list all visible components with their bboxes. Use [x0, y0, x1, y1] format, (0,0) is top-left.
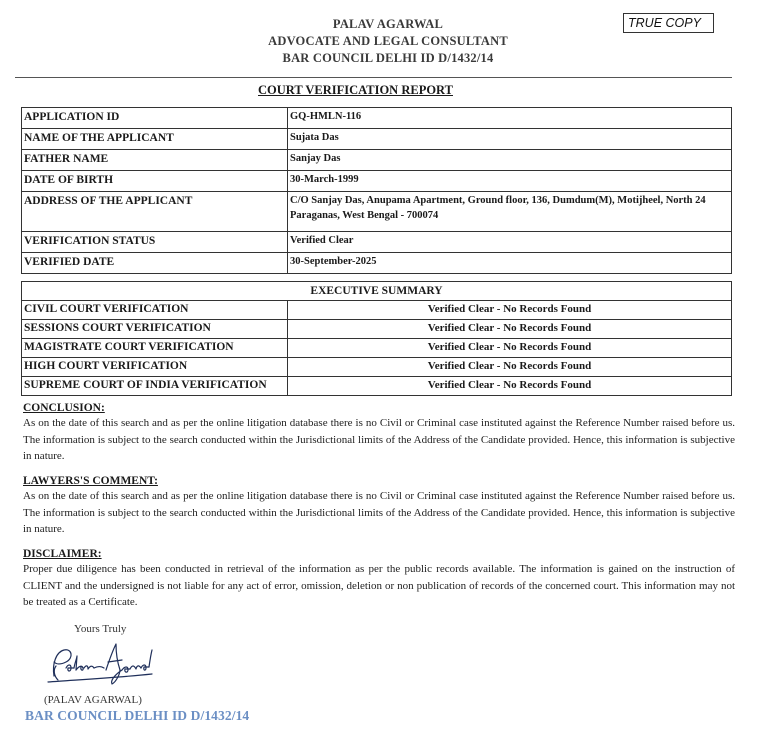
disclaimer-section: DISCLAIMER: Proper due diligence has bee…	[23, 547, 735, 611]
table-row: SESSIONS COURT VERIFICATION Verified Cle…	[22, 320, 732, 339]
disclaimer-text: Proper due diligence has been conducted …	[23, 561, 735, 611]
row-label: DATE OF BIRTH	[22, 171, 288, 192]
true-copy-stamp: TRUE COPY	[623, 13, 714, 33]
table-row: VERIFIED DATE 30-September-2025	[22, 253, 732, 274]
applicant-name-value: Sujata Das	[288, 129, 732, 150]
table-row: DATE OF BIRTH 30-March-1999	[22, 171, 732, 192]
table-row: SUPREME COURT OF INDIA VERIFICATION Veri…	[22, 377, 732, 396]
table-row: FATHER NAME Sanjay Das	[22, 150, 732, 171]
lawyers-comment-section: LAWYERS'S COMMENT: As on the date of thi…	[23, 474, 735, 538]
disclaimer-heading: DISCLAIMER:	[23, 547, 735, 561]
header-divider	[15, 77, 732, 78]
row-label: FATHER NAME	[22, 150, 288, 171]
signer-name: (PALAV AGARWAL)	[44, 694, 142, 706]
row-label: NAME OF THE APPLICANT	[22, 129, 288, 150]
court-result: Verified Clear - No Records Found	[288, 339, 732, 358]
verified-date-value: 30-September-2025	[288, 253, 732, 274]
advocate-designation: ADVOCATE AND LEGAL CONSULTANT	[5, 33, 771, 50]
court-result: Verified Clear - No Records Found	[288, 377, 732, 396]
table-row: HIGH COURT VERIFICATION Verified Clear -…	[22, 358, 732, 377]
row-label: ADDRESS OF THE APPLICANT	[22, 192, 288, 232]
court-result: Verified Clear - No Records Found	[288, 358, 732, 377]
applicant-details-table: APPLICATION ID GQ-HMLN-116 NAME OF THE A…	[21, 107, 732, 274]
table-row: CIVIL COURT VERIFICATION Verified Clear …	[22, 301, 732, 320]
father-name-value: Sanjay Das	[288, 150, 732, 171]
table-row: VERIFICATION STATUS Verified Clear	[22, 232, 732, 253]
table-row: NAME OF THE APPLICANT Sujata Das	[22, 129, 732, 150]
court-result: Verified Clear - No Records Found	[288, 320, 732, 339]
court-label: SESSIONS COURT VERIFICATION	[22, 320, 288, 339]
report-title: COURT VERIFICATION REPORT	[0, 83, 741, 98]
court-result: Verified Clear - No Records Found	[288, 301, 732, 320]
table-row: ADDRESS OF THE APPLICANT C/O Sanjay Das,…	[22, 192, 732, 232]
court-label: HIGH COURT VERIFICATION	[22, 358, 288, 377]
executive-summary-title: EXECUTIVE SUMMARY	[22, 282, 732, 301]
table-row: MAGISTRATE COURT VERIFICATION Verified C…	[22, 339, 732, 358]
date-of-birth-value: 30-March-1999	[288, 171, 732, 192]
conclusion-heading: CONCLUSION:	[23, 401, 735, 415]
verification-status-value: Verified Clear	[288, 232, 732, 253]
signer-bar-council-id: BAR COUNCIL DELHI ID D/1432/14	[25, 708, 249, 724]
lawyers-comment-text: As on the date of this search and as per…	[23, 488, 735, 538]
table-row: APPLICATION ID GQ-HMLN-116	[22, 108, 732, 129]
bar-council-id: BAR COUNCIL DELHI ID D/1432/14	[5, 50, 771, 67]
application-id-value: GQ-HMLN-116	[288, 108, 732, 129]
executive-summary-table: EXECUTIVE SUMMARY CIVIL COURT VERIFICATI…	[21, 281, 732, 396]
closing-text: Yours Truly	[74, 623, 126, 635]
row-label: VERIFICATION STATUS	[22, 232, 288, 253]
conclusion-text: As on the date of this search and as per…	[23, 415, 735, 465]
conclusion-section: CONCLUSION: As on the date of this searc…	[23, 401, 735, 465]
court-label: CIVIL COURT VERIFICATION	[22, 301, 288, 320]
address-value: C/O Sanjay Das, Anupama Apartment, Groun…	[288, 192, 732, 232]
row-label: APPLICATION ID	[22, 108, 288, 129]
lawyers-comment-heading: LAWYERS'S COMMENT:	[23, 474, 735, 488]
court-label: SUPREME COURT OF INDIA VERIFICATION	[22, 377, 288, 396]
signature-icon	[44, 640, 156, 686]
court-label: MAGISTRATE COURT VERIFICATION	[22, 339, 288, 358]
row-label: VERIFIED DATE	[22, 253, 288, 274]
